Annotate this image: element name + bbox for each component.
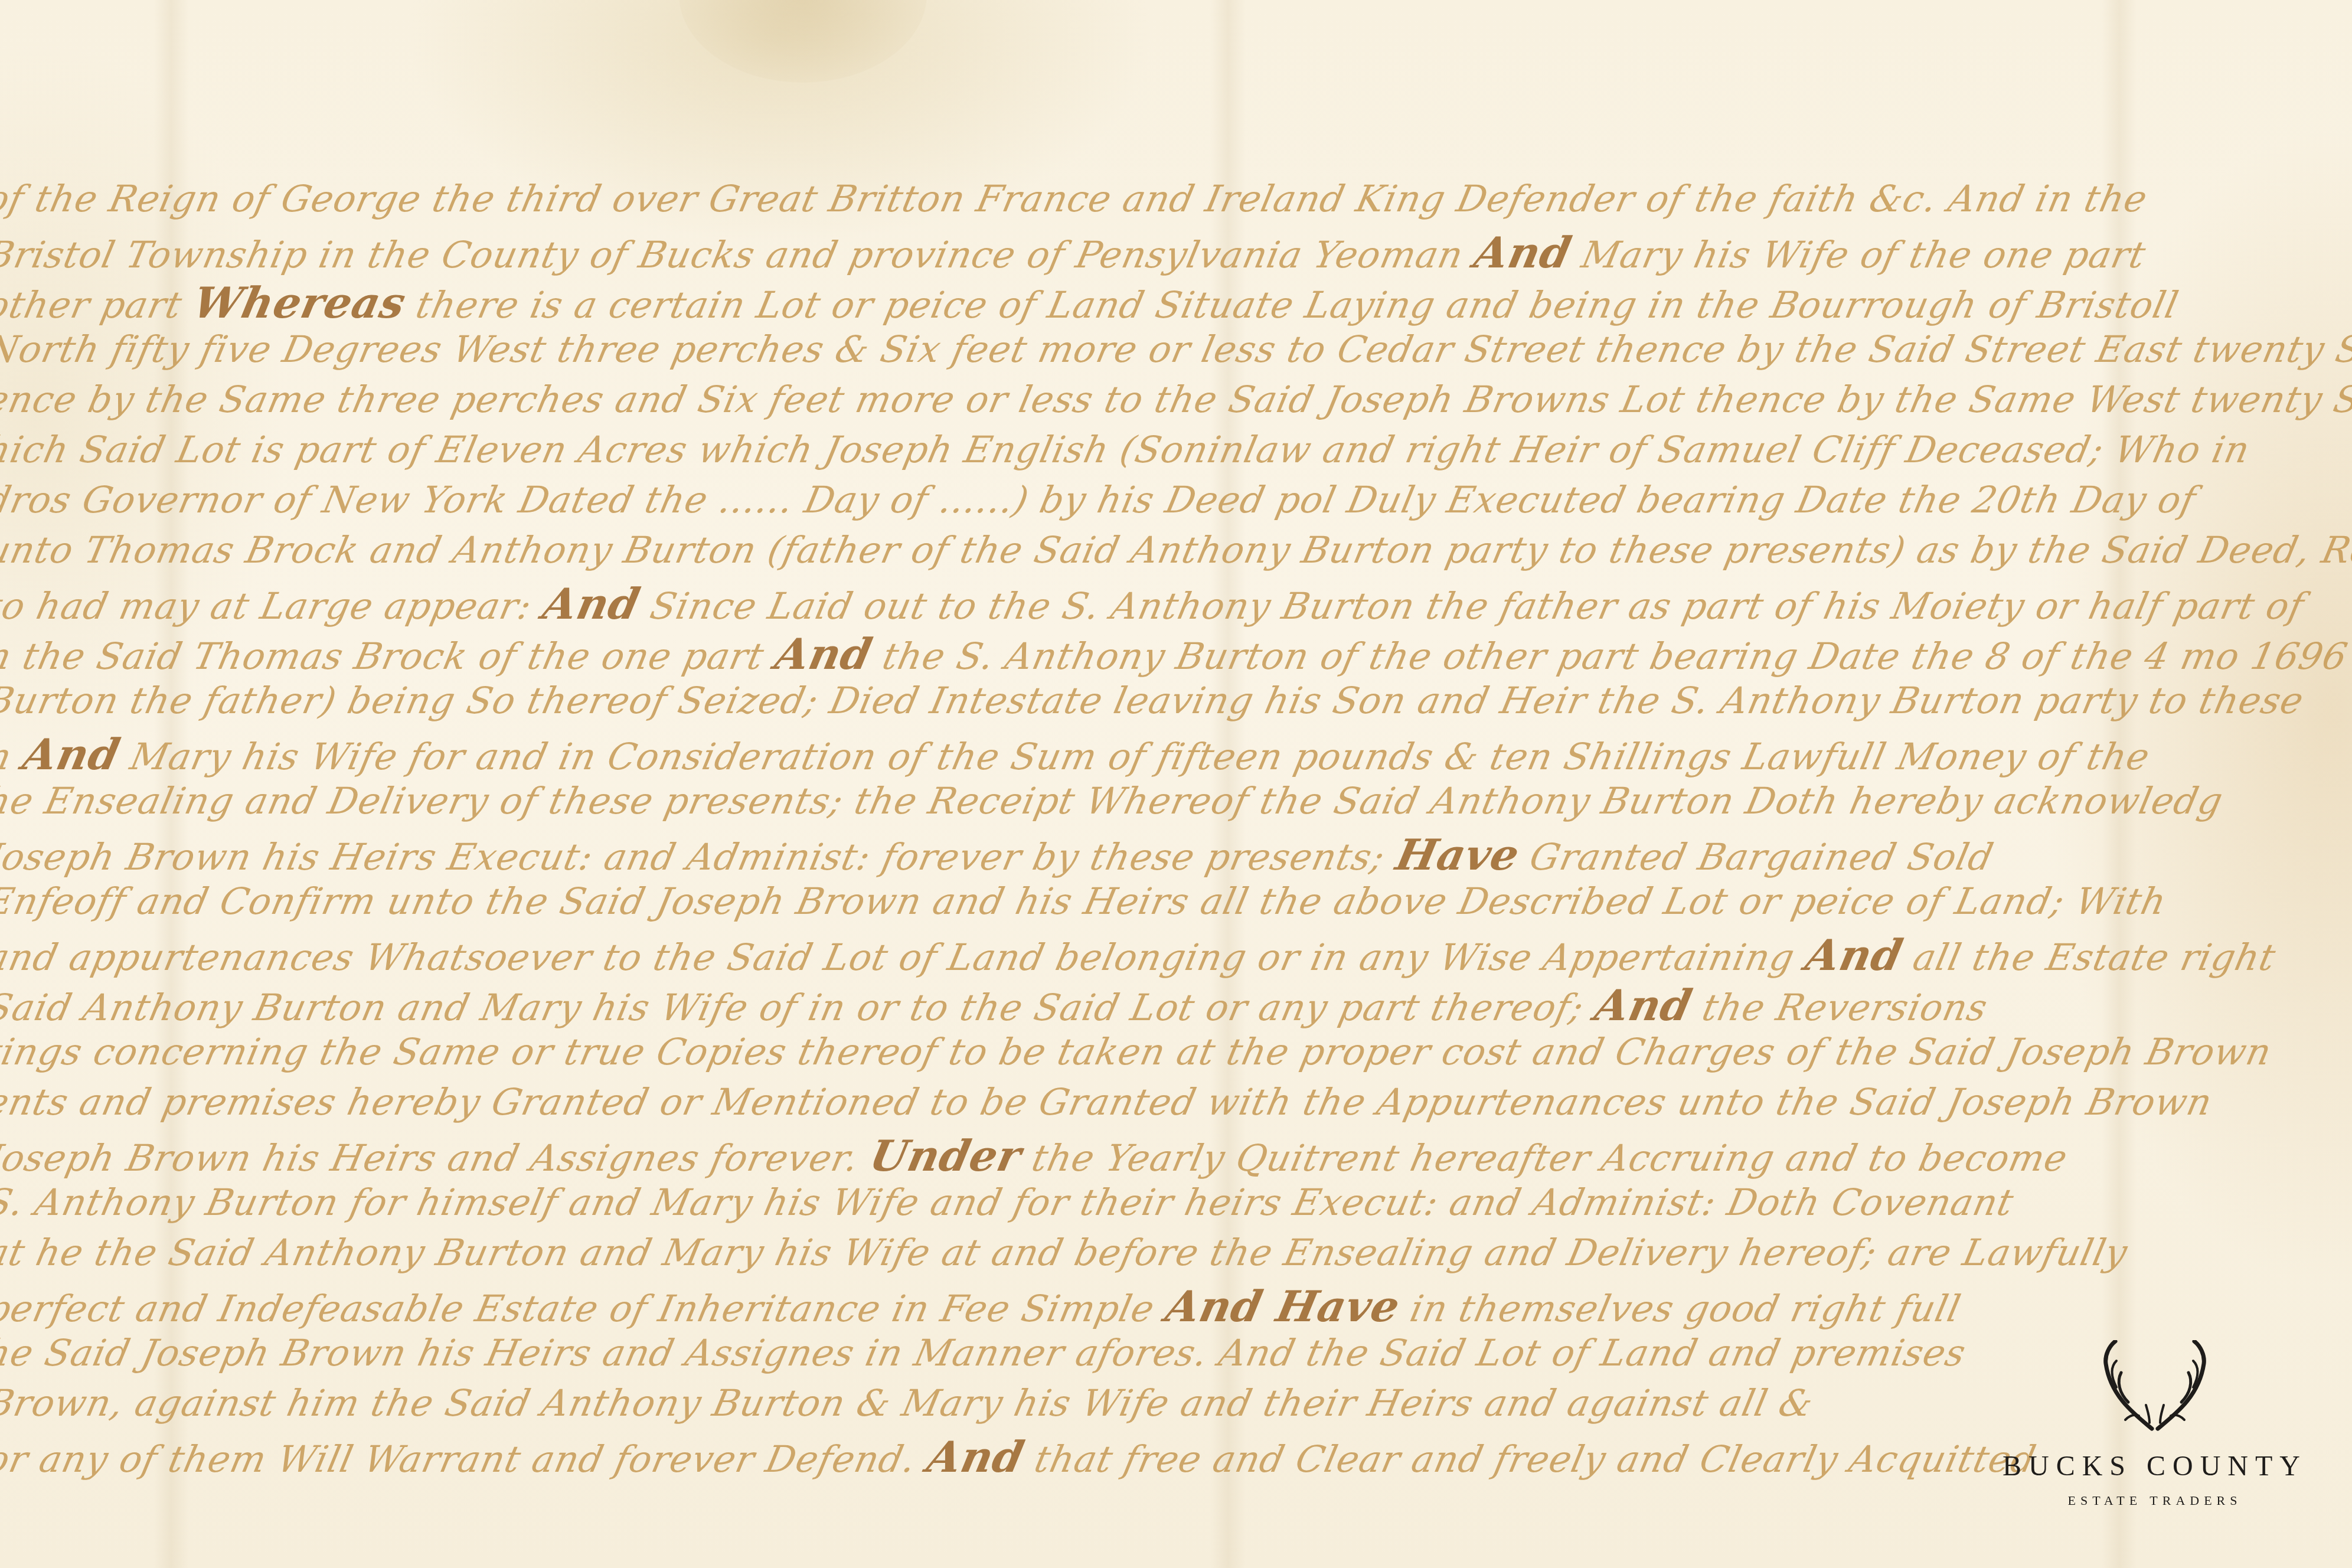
deed-line: Bristol Township in the County of Bucks … — [0, 227, 2151, 277]
deed-line-text: ence by the Same three perches and Six f… — [0, 378, 2352, 421]
deed-line-text: the Reversions — [1686, 986, 1991, 1029]
deed-line-text: Said Anthony Burton and Mary his Wife of… — [0, 986, 1600, 1029]
deed-line-text: there is a certain Lot or peice of Land … — [400, 283, 2183, 326]
deed-line-text: unto Thomas Brock and Anthony Burton (fa… — [0, 528, 2352, 571]
deed-line-text: the S. Anthony Burton of the other part … — [867, 635, 2352, 678]
deed-line-text: Mary his Wife of the one part — [1566, 233, 2150, 276]
deed-line-text: perfect and Indefeasable Estate of Inher… — [0, 1287, 1171, 1330]
deed-line-text: S. Anthony Burton for himself and Mary h… — [0, 1181, 2018, 1224]
deed-line-text: and appurtenances Whatsoever to the Said… — [0, 936, 1811, 979]
deed-line-text: he Said Joseph Brown his Heirs and Assig… — [0, 1331, 1970, 1374]
deed-line-text: of the Reign of George the third over Gr… — [0, 177, 1954, 220]
deed-line-text: North fifty five Degrees West three perc… — [0, 328, 2352, 371]
deed-line: Burton the father) being So thereof Seiz… — [0, 679, 2308, 722]
brand-name: BUCKS COUNTY — [1966, 1450, 2344, 1482]
deed-emphasis-word: Under — [865, 1131, 1026, 1181]
deed-line-text: Enfeoff and Confirm unto the Said Joseph… — [0, 880, 2170, 923]
deed-line-text: Since Laid out to the S. Anthony Burton … — [634, 584, 2308, 628]
deed-line: he Said Joseph Brown his Heirs and Assig… — [0, 1331, 1970, 1374]
deed-line-text: ents and premises hereby Granted or Ment… — [0, 1080, 2216, 1123]
deed-line: dros Governor of New York Dated the ....… — [0, 478, 2200, 521]
deed-line-text: other part — [0, 283, 198, 326]
deed-line: Brown, against him the Said Anthony Burt… — [0, 1381, 1817, 1425]
deed-line-text: hich Said Lot is part of Eleven Acres wh… — [0, 428, 2254, 471]
deed-line-text: or any of them Will Warrant and forever … — [0, 1438, 932, 1481]
deed-emphasis-word: And — [1590, 980, 1697, 1030]
deed-line-text: dros Governor of New York Dated the ....… — [0, 478, 2200, 521]
deed-line: and appurtenances Whatsoever to the Said… — [0, 930, 2281, 980]
deed-line: Enfeoff and Confirm unto the Said Joseph… — [0, 880, 2170, 923]
deed-line-text: he Ensealing and Delivery of these prese… — [0, 779, 2227, 822]
deed-emphasis-word: And Have — [1161, 1281, 1404, 1331]
deed-line-text: the Yearly Quitrent hereafter Accruing a… — [1016, 1136, 2072, 1180]
deed-line-text: all the Estate right — [1897, 936, 2279, 979]
deed-line-text: that free and Clear and freely and Clear… — [1018, 1438, 2040, 1481]
brand-logo: BUCKS COUNTY ESTATE TRADERS — [1966, 1340, 2344, 1564]
deed-line-text: Joseph Brown his Heirs and Assignes fore… — [0, 1136, 875, 1180]
deed-emphasis-word: And — [771, 629, 877, 679]
antlers-icon — [2093, 1340, 2217, 1435]
deed-line-text: Granted Bargained Sold — [1514, 835, 1997, 878]
deed-line: S. Anthony Burton for himself and Mary h… — [0, 1181, 2018, 1224]
deed-line: perfect and Indefeasable Estate of Inher… — [0, 1281, 1966, 1331]
deed-emphasis-word: Whereas — [189, 277, 410, 328]
deed-line-text: Bristol Township in the County of Bucks … — [0, 233, 1479, 276]
deed-line: Joseph Brown his Heirs Execut: and Admin… — [0, 829, 1999, 880]
deed-line: Joseph Brown his Heirs and Assignes fore… — [0, 1131, 2073, 1181]
deed-line-text: to had may at Large appear: — [0, 584, 548, 628]
deed-line-text: Joseph Brown his Heirs Execut: and Admin… — [0, 835, 1401, 878]
deed-line: North fifty five Degrees West three perc… — [0, 328, 2352, 371]
deed-emphasis-word: Have — [1391, 829, 1524, 880]
deed-line: at he the Said Anthony Burton and Mary h… — [0, 1231, 2132, 1274]
deed-line: n the Said Thomas Brock of the one part … — [0, 629, 2352, 679]
deed-line-text: tings concerning the Same or true Copies… — [0, 1030, 2275, 1073]
deed-line: he Ensealing and Delivery of these prese… — [0, 779, 2227, 822]
deed-line: other part Whereas there is a certain Lo… — [0, 277, 2184, 328]
deed-line-text: in themselves good right full — [1394, 1287, 1965, 1330]
deed-emphasis-word: And — [1470, 227, 1576, 277]
deed-line-text: Mary his Wife for and in Consideration o… — [115, 735, 2154, 778]
deed-emphasis-word: And — [19, 729, 125, 779]
deed-line: tings concerning the Same or true Copies… — [0, 1030, 2275, 1073]
deed-line-text: at he the Said Anthony Burton and Mary h… — [0, 1231, 2132, 1274]
deed-line-text: Burton the father) being So thereof Seiz… — [0, 679, 2308, 722]
deed-line: ents and premises hereby Granted or Ment… — [0, 1080, 2216, 1123]
deed-line: n And Mary his Wife for and in Considera… — [0, 729, 2155, 779]
deed-line: hich Said Lot is part of Eleven Acres wh… — [0, 428, 2254, 471]
deed-line: unto Thomas Brock and Anthony Burton (fa… — [0, 528, 2352, 571]
deed-line-text: n the Said Thomas Brock of the one part — [0, 635, 780, 678]
deed-line: or any of them Will Warrant and forever … — [0, 1432, 2041, 1482]
deed-line: to had may at Large appear: And Since La… — [0, 579, 2309, 629]
deed-line: Said Anthony Burton and Mary his Wife of… — [0, 980, 1993, 1030]
deed-line-text: Brown, against him the Said Anthony Burt… — [0, 1381, 1817, 1425]
deed-emphasis-word: And — [1801, 930, 1907, 980]
wax-seal-stain — [679, 0, 927, 83]
deed-emphasis-word: And — [538, 579, 645, 629]
deed-line-text: And in the — [1945, 177, 2152, 220]
brand-subtitle: ESTATE TRADERS — [1966, 1493, 2344, 1508]
deed-line: of the Reign of George the third over Gr… — [0, 177, 2151, 220]
deed-emphasis-word: And — [923, 1432, 1029, 1482]
deed-line: ence by the Same three perches and Six f… — [0, 378, 2352, 421]
